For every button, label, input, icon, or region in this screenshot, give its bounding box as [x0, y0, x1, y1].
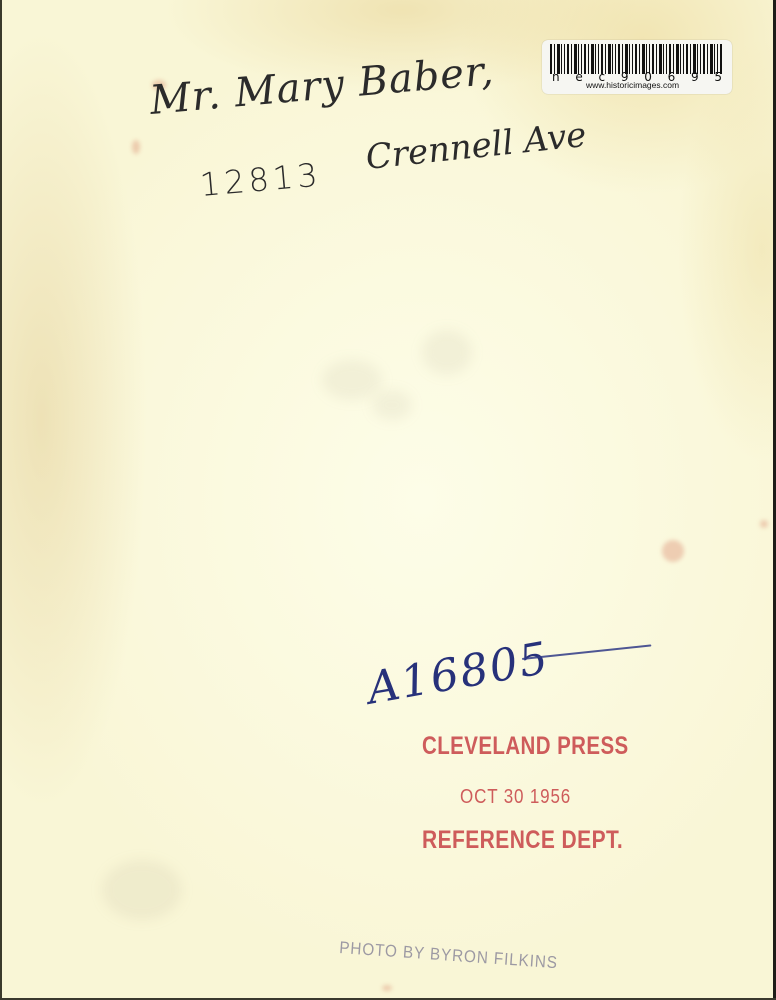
barcode-label: n e c 9 0 6 9 5 www.historicimages.com: [542, 40, 732, 94]
foxing-spot: [662, 540, 684, 562]
barcode-char: e: [575, 71, 582, 83]
foxing-spot: [132, 140, 140, 154]
handwritten-name: Mr. Mary Baber,: [148, 48, 496, 124]
photo-back-paper: n e c 9 0 6 9 5 www.historicimages.com M…: [0, 0, 773, 998]
barcode-char: n: [552, 71, 560, 83]
stamp-publisher: CLEVELAND PRESS: [422, 732, 629, 761]
barcode-url: www.historicimages.com: [586, 81, 726, 90]
fingerprint-smudge: [422, 330, 472, 375]
foxing-spot: [382, 985, 392, 991]
fingerprint-smudge: [372, 390, 412, 420]
stamp-date: OCT 30 1956: [460, 786, 571, 809]
fingerprint-smudge: [322, 360, 382, 400]
handwritten-address-street: Crennell Ave: [364, 115, 588, 178]
handwritten-address-number: 12813: [198, 155, 323, 203]
stamp-department: REFERENCE DEPT.: [422, 826, 623, 855]
stamp-photographer-credit: PHOTO BY BYRON FILKINS: [339, 938, 559, 973]
foxing-spot: [760, 520, 768, 528]
fingerprint-smudge: [102, 860, 182, 920]
handwritten-reference-number: A16805: [364, 632, 554, 714]
